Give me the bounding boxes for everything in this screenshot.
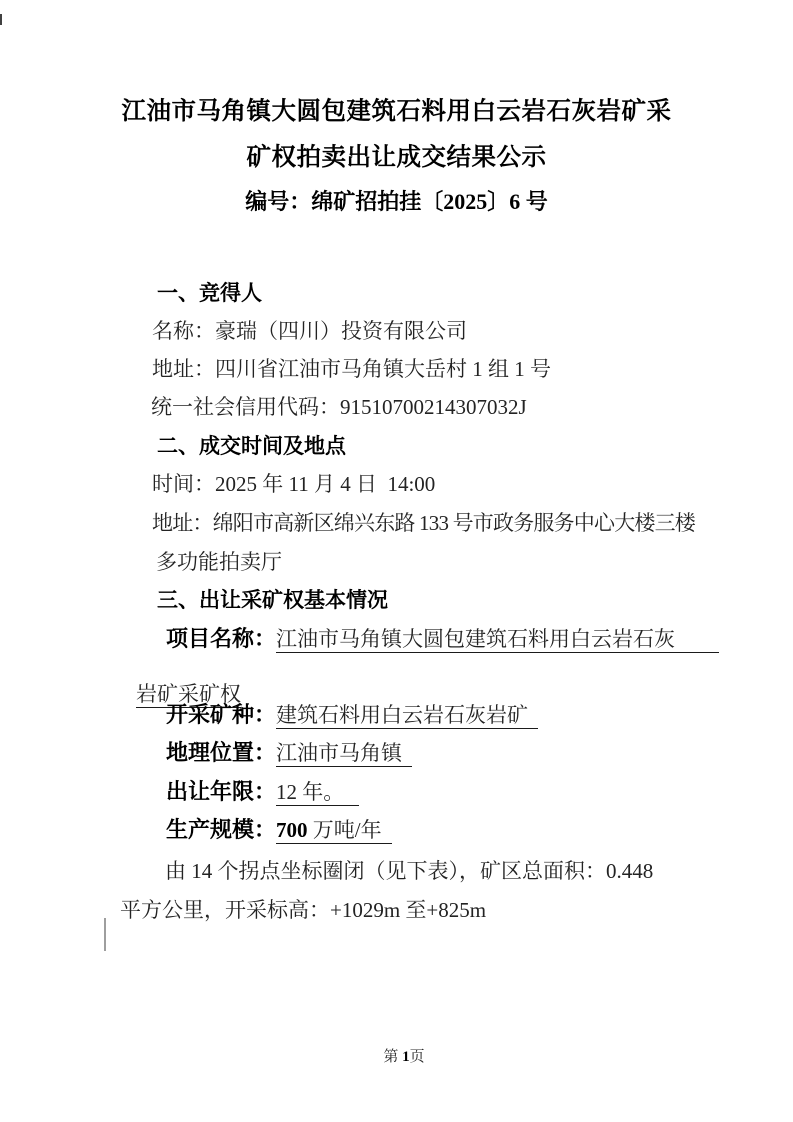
scan-edge-artifact: [0, 14, 2, 25]
term-field: 出让年限： 12 年。: [120, 780, 719, 806]
credit-code-line: 统一社会信用代码：91510700214307032J: [120, 396, 704, 419]
mineral-type-label: 开采矿种：: [166, 703, 276, 727]
page-footer-suffix: 页: [410, 1049, 425, 1065]
location-field: 地理位置： 江油市马角镇: [120, 741, 719, 767]
section3-heading: 三、出让采矿权基本情况: [120, 589, 710, 612]
document-page: 江油市马角镇大圆包建筑石料用白云岩石灰岩矿采 矿权拍卖出让成交结果公示 编号：绵…: [0, 0, 793, 1122]
mineral-type-field: 开采矿种： 建筑石料用白云岩石灰岩矿: [120, 703, 719, 729]
production-scale-field: 生产规模： 700 万吨/年: [120, 818, 719, 844]
production-scale-number: 700: [276, 818, 308, 842]
deal-address-line1: 地址：绵阳市高新区绵兴东路 133 号市政务服务中心大楼三楼: [120, 512, 705, 535]
document-title-line2: 矿权拍卖出让成交结果公示: [120, 145, 673, 172]
project-name-label: 项目名称：: [166, 627, 276, 651]
page-footer: 第 1页: [120, 1028, 673, 1083]
winner-name-line: 名称：豪瑞（四川）投资有限公司: [120, 320, 705, 343]
project-name-value-line1: 江油市马角镇大圆包建筑石料用白云岩石灰: [276, 627, 719, 653]
location-value: 江油市马角镇: [276, 741, 412, 767]
section2-heading: 二、成交时间及地点: [120, 435, 710, 458]
section1-heading: 一、竞得人: [120, 282, 710, 305]
deal-address-line2: 多功能拍卖厅: [120, 551, 709, 574]
document-number: 编号：绵矿招拍挂〔2025〕6 号: [120, 190, 673, 214]
project-name-field: 项目名称： 江油市马角镇大圆包建筑石料用白云岩石灰: [120, 627, 719, 653]
mineral-type-value: 建筑石料用白云岩石灰岩矿: [276, 703, 538, 729]
production-scale-unit: 万吨/年: [308, 818, 382, 842]
text-cursor-artifact: [104, 918, 106, 951]
mining-area-line1: 由 14 个拐点坐标圈闭（见下表），矿区总面积：0.448: [120, 860, 718, 883]
term-value: 12 年。: [276, 780, 359, 806]
production-scale-label: 生产规模：: [166, 818, 276, 842]
page-footer-prefix: 第: [383, 1049, 402, 1065]
term-label: 出让年限：: [166, 780, 276, 804]
location-label: 地理位置：: [166, 741, 276, 765]
page-footer-number: 1: [402, 1049, 410, 1065]
winner-address-line: 地址：四川省江油市马角镇大岳村 1 组 1 号: [120, 358, 705, 381]
deal-time-line: 时间：2025 年 11 月 4 日 14:00: [120, 473, 705, 496]
mining-area-line2: 平方公里，开采标高：+1029m 至+825m: [120, 899, 673, 922]
production-scale-value: 700 万吨/年: [276, 818, 392, 844]
document-title-line1: 江油市马角镇大圆包建筑石料用白云岩石灰岩矿采: [120, 99, 673, 126]
